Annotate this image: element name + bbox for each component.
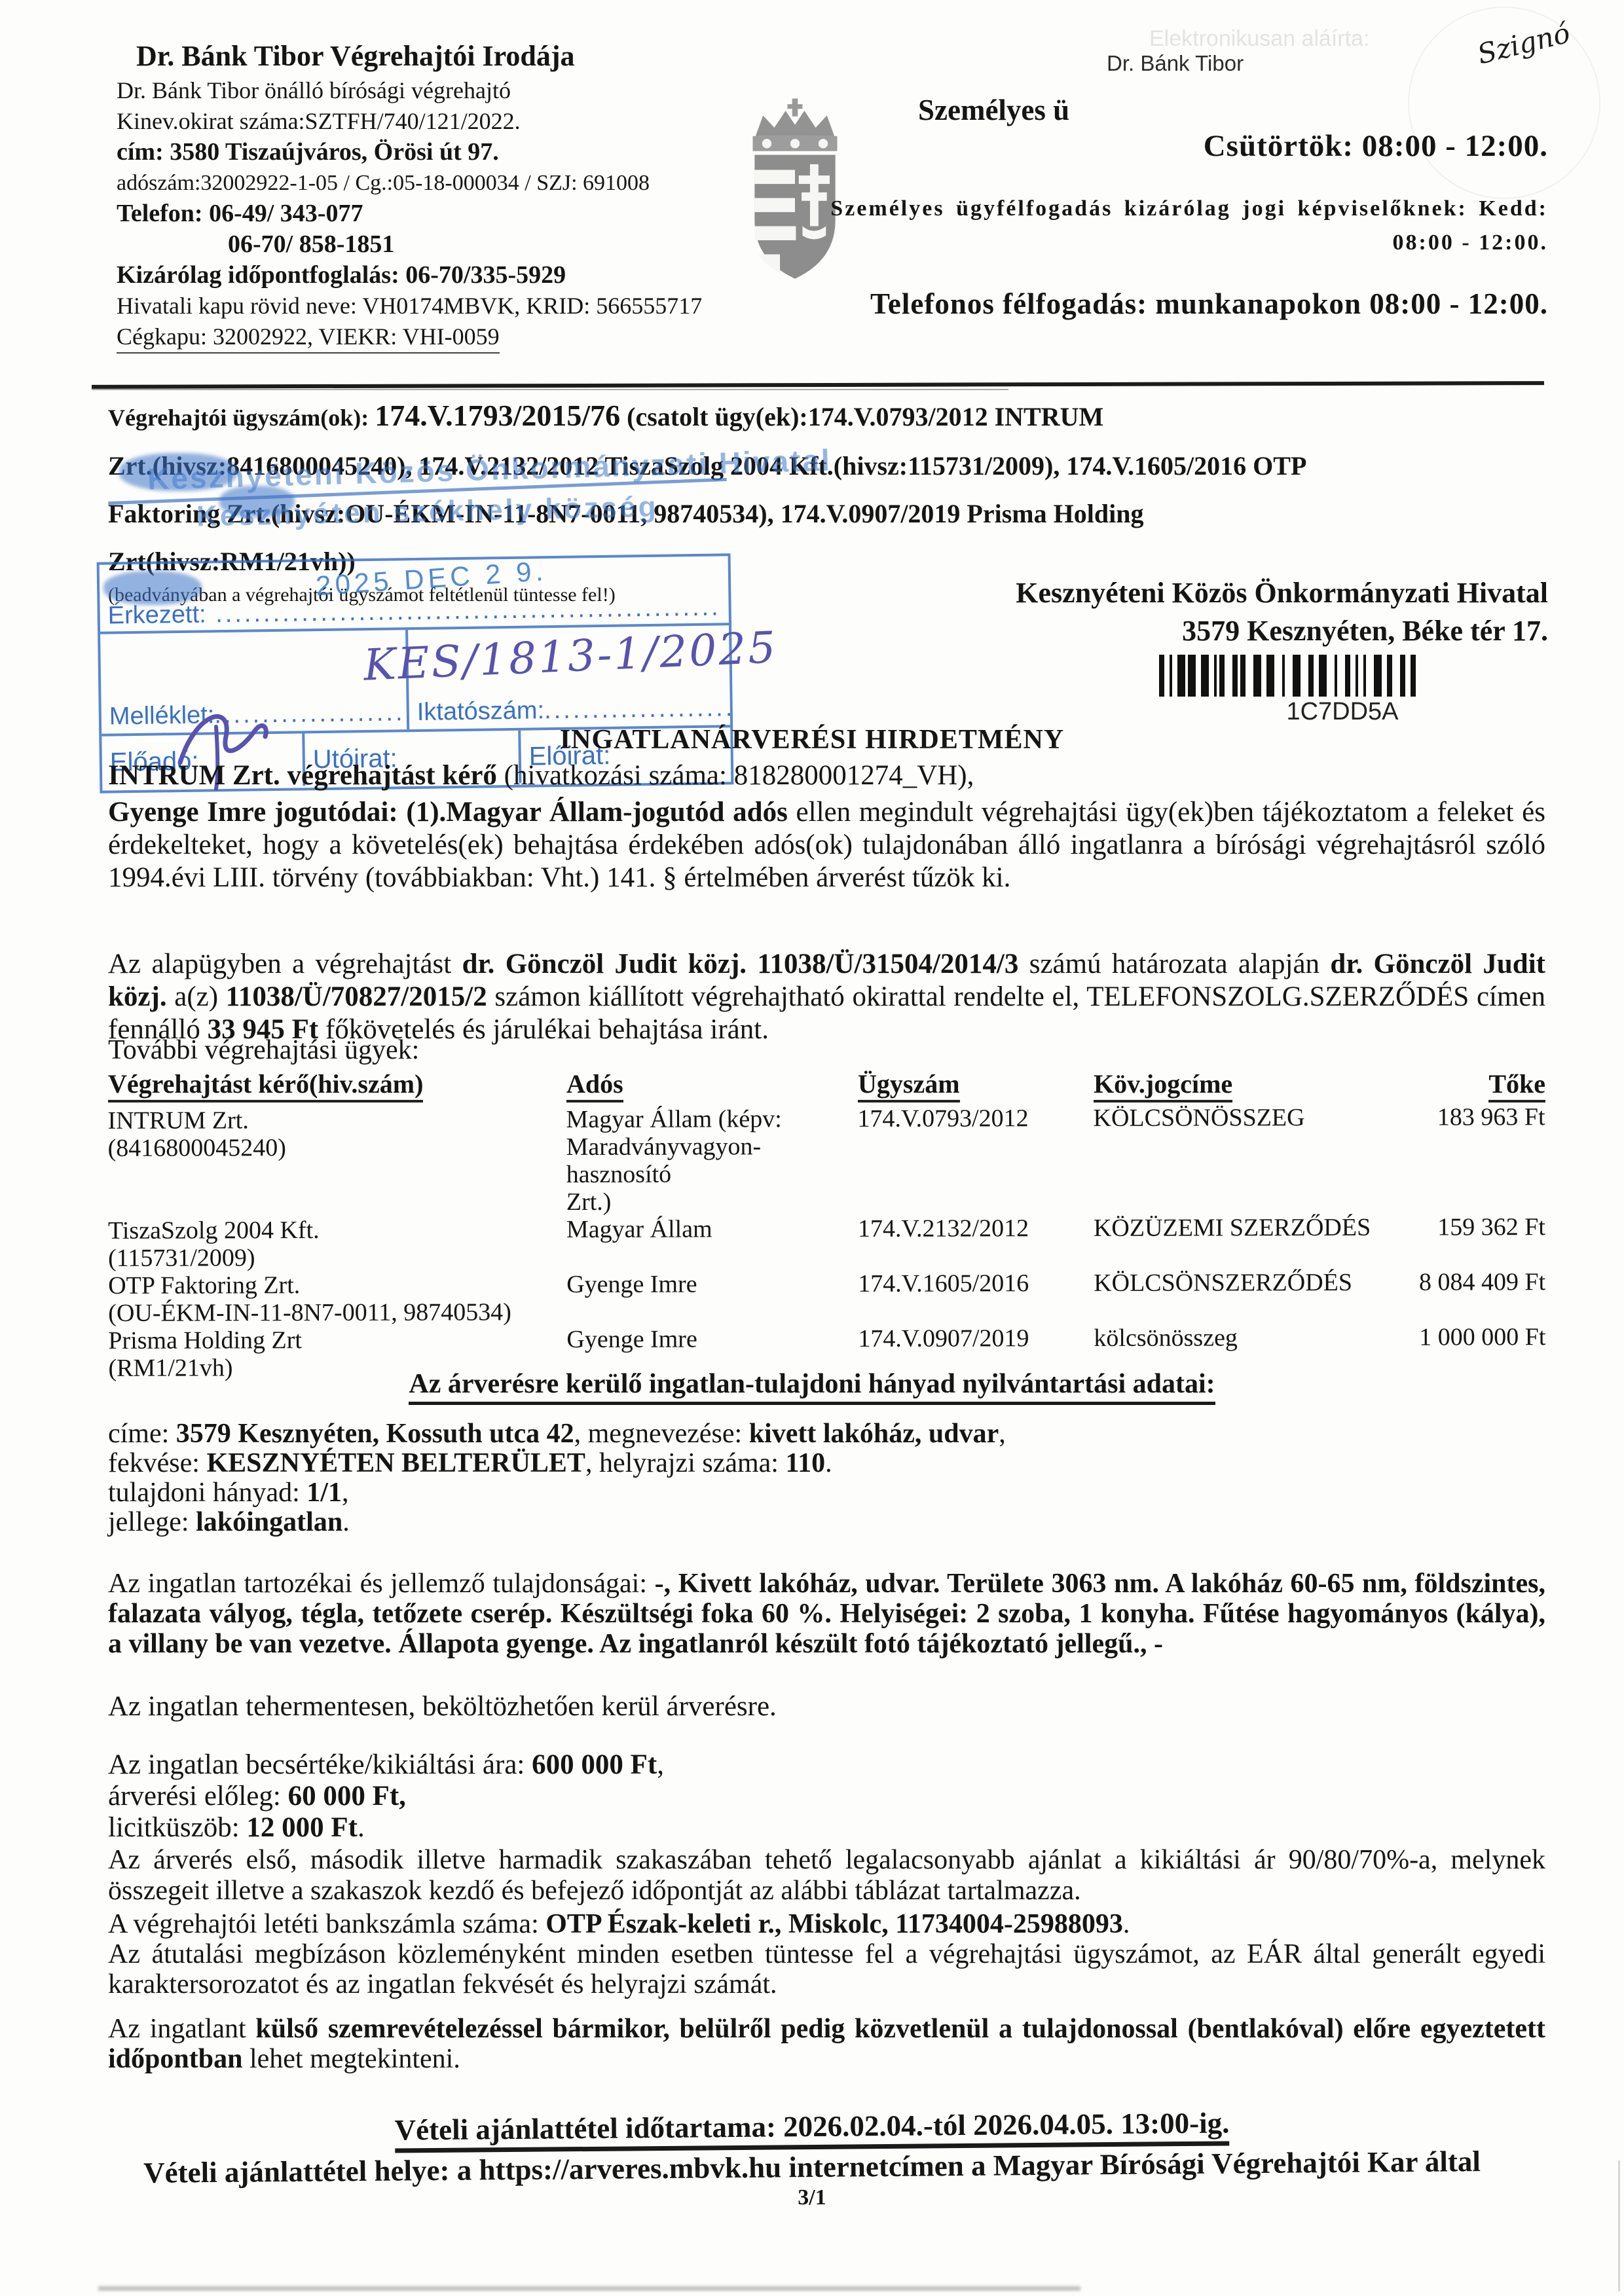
barcode-gap (1301, 655, 1308, 697)
barcode-bar (1411, 655, 1416, 697)
table-cell: Gyenge Imre (566, 1270, 858, 1326)
barcode-bar (1159, 655, 1164, 697)
office-header-line: cím: 3580 Tiszaújváros, Örösi út 97. (117, 137, 771, 168)
table-cell: Magyar Állam (566, 1215, 858, 1271)
barcode-bar (1240, 655, 1246, 697)
table-cell: KÖZÜZEMI SZERZŐDÉS (1094, 1214, 1382, 1269)
scan-artifact-smudge (98, 2286, 1080, 2291)
barcode-gap (1366, 655, 1374, 697)
table-row: OTP Faktoring Zrt.(OU-ÉKM-IN-11-8N7-0011… (108, 1268, 1545, 1327)
further-cases-title: További végrehajtási ügyek: (108, 1034, 419, 1066)
table-cell: OTP Faktoring Zrt.(OU-ÉKM-IN-11-8N7-0011… (108, 1271, 566, 1327)
barcode-bar (1219, 655, 1225, 697)
barcode-gap (1274, 655, 1282, 697)
table-cell: 174.V.2132/2012 (858, 1214, 1094, 1270)
barcode-gap (1350, 655, 1356, 697)
appraised-value: Az ingatlan becsértéke/kikiáltási ára: 6… (108, 1749, 1545, 1781)
price-details: Az ingatlan becsértéke/kikiáltási ára: 6… (108, 1749, 1545, 1844)
table-cell: KÖLCSÖNSZERZŐDÉS (1094, 1269, 1382, 1324)
barcode-bar (1387, 655, 1392, 697)
table-body: INTRUM Zrt.(8416800045240)Magyar Állam (… (107, 1103, 1545, 1382)
table-cell: Magyar Állam (képv:Maradványvagyon-haszn… (566, 1105, 857, 1216)
mail-barcode (1159, 655, 1526, 697)
document-title: INGATLANÁRVERÉSI HIRDETMÉNY (0, 724, 1624, 756)
barcode-gap (1327, 655, 1335, 697)
paragraph-property-features: Az ingatlan tartozékai és jellemző tulaj… (108, 1569, 1545, 1659)
barcode-bar (1374, 655, 1382, 697)
barcode-gap (1416, 655, 1421, 697)
property-location: fekvése: KESZNYÉTEN BELTERÜLET, helyrajz… (108, 1449, 1545, 1478)
table-column-header: Ügyszám (858, 1068, 1094, 1099)
paragraph-bank-account: A végrehajtói letéti bankszámla száma: O… (108, 1908, 1545, 1941)
barcode-bar (1177, 655, 1185, 697)
barcode-bar (1293, 655, 1301, 697)
property-details: címe: 3579 Kesznyéten, Kossuth utca 42, … (108, 1419, 1545, 1537)
barcode-gap (1285, 655, 1293, 697)
barcode-gap (1172, 655, 1177, 697)
property-ownership-share: tulajdoni hányad: 1/1, (108, 1478, 1545, 1508)
header-separator-shadow (92, 389, 1008, 390)
bid-place-line: Vételi ajánlattétel helye: a https://arv… (0, 2143, 1624, 2191)
barcode-gap (1225, 655, 1232, 697)
paragraph-debtors: Gyenge Imre jogutódai: (1).Magyar Állam-… (108, 796, 1545, 894)
barcode-bar (1253, 655, 1261, 697)
barcode-text: 1C7DD5A (1159, 698, 1526, 726)
stamp-received-row: Érkezett: ..............................… (107, 594, 717, 630)
property-address: címe: 3579 Kesznyéten, Kossuth utca 42, … (108, 1419, 1545, 1449)
bid-period-line: Vételi ajánlattétel időtartama: 2026.02.… (0, 2102, 1624, 2151)
property-type: jellege: lakóingatlan. (108, 1508, 1545, 1537)
table-cell: 174.V.1605/2016 (858, 1269, 1094, 1325)
barcode-bar (1201, 655, 1209, 697)
table-column-header: Adós (566, 1068, 858, 1099)
barcode-bar (1266, 655, 1274, 697)
recipient-name: Kesznyéteni Közös Önkormányzati Hivatal (1016, 576, 1548, 610)
hungarian-coat-of-arms-icon (739, 96, 851, 285)
barcode-gap (1196, 655, 1201, 697)
office-header-line: Hivatali kapu rövid neve: VH0174MBVK, KR… (117, 291, 771, 321)
bailiff-office-block: Dr. Bánk Tibor Végrehajtói IrodájaDr. Bá… (117, 41, 771, 354)
barcode-bar (1345, 655, 1350, 697)
table-header-row: Végrehajtást kérő(hiv.szám)AdósÜgyszámKö… (108, 1068, 1545, 1099)
stamp-date: 2025 DEC 2 9. (315, 555, 548, 602)
paragraph-base-case: Az alapügyben a végrehajtást dr. Gönczöl… (108, 948, 1545, 1046)
barcode-bar (1232, 655, 1238, 697)
barcode-gap (1392, 655, 1400, 697)
barcode-bar (1400, 655, 1405, 697)
property-section-heading: Az árverésre kerülő ingatlan-tulajdoni h… (0, 1368, 1624, 1400)
table-column-header: Tőke (1382, 1068, 1545, 1099)
auction-deposit: árverési előleg: 60 000 Ft, (108, 1781, 1545, 1812)
barcode-gap (1405, 655, 1411, 697)
table-cell: INTRUM Zrt.(8416800045240) (107, 1106, 566, 1217)
table-cell: 8 084 409 Ft (1382, 1268, 1545, 1324)
paragraph-requestor: INTRUM Zrt. végrehajtást kérő (hivatkozá… (108, 759, 1545, 792)
office-header-line: Dr. Bánk Tibor Végrehajtói Irodája (136, 41, 771, 71)
barcode-gap (1164, 655, 1170, 697)
table-column-header: Végrehajtást kérő(hiv.szám) (108, 1068, 566, 1099)
header-separator-line (92, 381, 1544, 389)
case-number-line: Végrehajtói ügyszám(ok): 174.V.1793/2015… (108, 392, 1588, 442)
paragraph-unencumbered: Az ingatlan tehermentesen, beköltözhetőe… (108, 1690, 1545, 1723)
office-header-line: Kinev.okirat száma:SZTFH/740/121/2022. (117, 106, 771, 137)
office-hours-legal-reps-time: 08:00 - 12:00. (1393, 230, 1548, 255)
barcode-bar (1319, 655, 1327, 697)
table-cell: 183 963 Ft (1381, 1103, 1545, 1214)
scanned-auction-notice-page: Dr. Bánk Tibor Végrehajtói IrodájaDr. Bá… (0, 0, 1624, 2296)
bid-increment: licitküszöb: 12 000 Ft. (108, 1812, 1545, 1844)
office-header-line: adószám:32002922-1-05 / Cg.:05-18-000034… (117, 168, 771, 198)
office-header-line: 06-70/ 858-1851 (228, 229, 771, 260)
signer-name: Dr. Bánk Tibor (1107, 51, 1244, 76)
ghost-esignature-text: Elektronikusan aláírta: (1149, 26, 1369, 52)
barcode-gap (1382, 655, 1387, 697)
office-header-line: Kizárólag időpontfoglalás: 06-70/335-592… (117, 260, 771, 291)
paragraph-transfer-note: Az átutalási megbízáson közleményként mi… (108, 1939, 1545, 1999)
barcode-gap (1337, 655, 1345, 697)
page-number: 3/1 (0, 2185, 1624, 2210)
barcode-gap (1314, 655, 1319, 697)
paragraph-viewing: Az ingatlant külső szemrevételezéssel bá… (108, 2014, 1545, 2074)
table-cell: 174.V.0793/2012 (857, 1104, 1093, 1215)
office-hours-legal-reps: Személyes ügyfélfogadás kizárólag jogi k… (830, 196, 1548, 221)
barcode-bar (1188, 655, 1196, 697)
table-column-header: Köv.jogcíme (1094, 1068, 1382, 1099)
barcode-gap (1261, 655, 1266, 697)
table-row: INTRUM Zrt.(8416800045240)Magyar Állam (… (107, 1103, 1545, 1217)
office-header-line: Telefon: 06-49/ 343-077 (117, 198, 771, 229)
barcode-gap (1209, 655, 1214, 697)
table-cell: 159 362 Ft (1382, 1213, 1545, 1269)
table-cell: KÖLCSÖNÖSSZEG (1093, 1104, 1381, 1214)
office-hours-thursday: Csütörtök: 08:00 - 12:00. (1204, 128, 1548, 164)
table-cell: TiszaSzolg 2004 Kft.(115731/2009) (108, 1216, 566, 1272)
office-hours-phone: Telefonos félfogadás: munkanapokon 08:00… (870, 287, 1548, 321)
barcode-bar (1308, 655, 1314, 697)
recipient-address: 3579 Kesznyéten, Béke tér 17. (1182, 614, 1548, 647)
table-row: TiszaSzolg 2004 Kft.(115731/2009)Magyar … (108, 1213, 1545, 1272)
office-hours-personal-partial: Személyes ü (918, 93, 1069, 127)
barcode-gap (1358, 655, 1363, 697)
office-header-line: Dr. Bánk Tibor önálló bírósági végrehajt… (117, 75, 771, 106)
scan-artifact-edge (1618, 2160, 1620, 2291)
office-header-line: Cégkapu: 32002922, VIEKR: VHI-0059 (117, 321, 500, 354)
paragraph-auction-stages: Az árverés első, második illetve harmadi… (108, 1845, 1545, 1906)
barcode-gap (1246, 655, 1253, 697)
